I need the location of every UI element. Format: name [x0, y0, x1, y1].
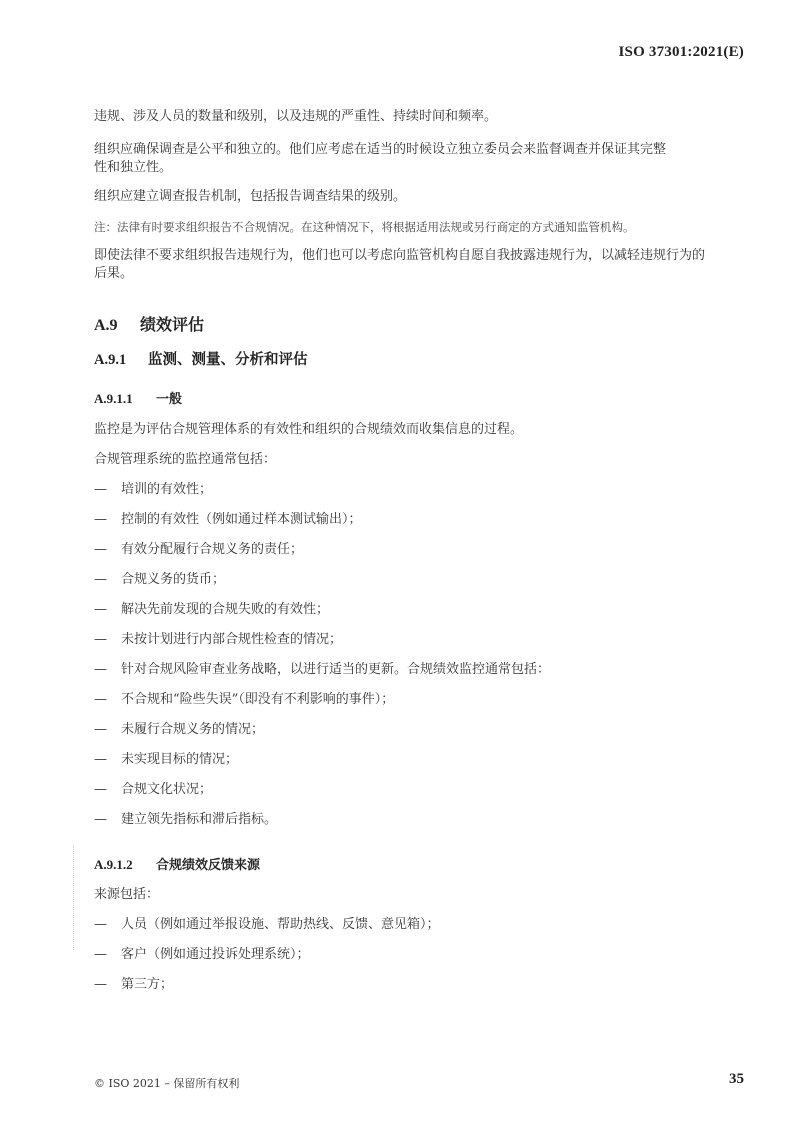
paragraph-monitoring-list-intro: 合规管理系统的监控通常包括： [94, 451, 788, 469]
list-dash: — [94, 916, 121, 934]
list-item: —合规文化状况； [94, 781, 212, 799]
paragraph-self-disclosure-line2: 后果。 [94, 265, 788, 283]
list-item-text: 解决先前发现的合规失败的有效性； [121, 602, 329, 617]
heading-title: 绩效评估 [140, 315, 204, 334]
list-item-text: 有效分配履行合规义务的责任； [121, 542, 303, 557]
list-item-text: 合规文化状况； [121, 782, 212, 797]
list-dash: — [94, 631, 121, 649]
list-item: —未实现目标的情况； [94, 751, 238, 769]
heading-a9: A.9绩效评估 [94, 312, 204, 335]
list-item: —有效分配履行合规义务的责任； [94, 541, 303, 559]
heading-title: 监测、测量、分析和评估 [148, 351, 308, 368]
heading-title: 一般 [156, 392, 182, 407]
list-item-text: 人员（例如通过举报设施、帮助热线、反馈、意见箱）； [121, 917, 440, 932]
list-dash: — [94, 571, 121, 589]
list-dash: — [94, 721, 121, 739]
heading-number: A.9.1 [94, 352, 148, 369]
list-item: —未履行合规义务的情况； [94, 721, 264, 739]
margin-change-bar [73, 845, 74, 950]
document-standard-id: ISO 37301:2021(E) [619, 44, 745, 61]
heading-number: A.9.1.2 [94, 857, 156, 873]
paragraph-sources-intro: 来源包括： [94, 886, 788, 904]
list-item: —控制的有效性（例如通过样本测试输出）； [94, 511, 362, 529]
list-item-text: 合规义务的货币； [121, 572, 225, 587]
list-dash: — [94, 511, 121, 529]
list-item: —解决先前发现的合规失败的有效性； [94, 601, 329, 619]
list-dash: — [94, 691, 121, 709]
list-item: —针对合规风险审查业务战略，以进行适当的更新。合规绩效监控通常包括： [94, 661, 550, 679]
list-item: —第三方； [94, 976, 173, 994]
list-item: —建立领先指标和滞后指标。 [94, 811, 277, 829]
list-item-text: 建立领先指标和滞后指标。 [121, 812, 277, 827]
list-dash: — [94, 811, 121, 829]
list-item-text: 未按计划进行内部合规性检查的情况； [121, 632, 342, 647]
paragraph-fair-investigation-line1: 组织应确保调查是公平和独立的。他们应考虑在适当的时候设立独立委员会来监督调查并保… [94, 141, 788, 159]
list-dash: — [94, 601, 121, 619]
list-item: —培训的有效性； [94, 481, 212, 499]
list-dash: — [94, 481, 121, 499]
paragraph-violation-details: 违规、涉及人员的数量和级别，以及违规的严重性、持续时间和频率。 [94, 108, 788, 126]
list-dash: — [94, 946, 121, 964]
heading-a9-1: A.9.1监测、测量、分析和评估 [94, 348, 308, 369]
list-item: —未按计划进行内部合规性检查的情况； [94, 631, 342, 649]
list-dash: — [94, 976, 121, 994]
page-number: 35 [729, 1071, 744, 1088]
note-legal-reporting: 注：法律有时要求组织报告不合规情况。在这种情况下，将根据适用法规或另行商定的方式… [94, 218, 788, 236]
list-item-text: 针对合规风险审查业务战略，以进行适当的更新。合规绩效监控通常包括： [121, 662, 550, 677]
heading-number: A.9.1.1 [94, 391, 156, 407]
list-dash: — [94, 781, 121, 799]
list-item: —客户（例如通过投诉处理系统）； [94, 946, 310, 964]
list-item-text: 第三方； [121, 977, 173, 992]
paragraph-self-disclosure-line1: 即使法律不要求组织报告违规行为，他们也可以考虑向监管机构自愿自我披露违规行为，以… [94, 247, 788, 265]
heading-a9-1-1: A.9.1.1一般 [94, 388, 182, 407]
list-dash: — [94, 751, 121, 769]
footer-copyright: © ISO 2021 – 保留所有权利 [94, 1075, 239, 1091]
list-item-text: 未实现目标的情况； [121, 752, 238, 767]
list-item-text: 不合规和“险些失误”（即没有不利影响的事件）； [121, 692, 394, 707]
list-dash: — [94, 541, 121, 559]
list-item: —人员（例如通过举报设施、帮助热线、反馈、意见箱）； [94, 916, 440, 934]
list-item-text: 培训的有效性； [121, 482, 212, 497]
list-item-text: 未履行合规义务的情况； [121, 722, 264, 737]
paragraph-reporting-mechanism: 组织应建立调查报告机制，包括报告调查结果的级别。 [94, 188, 788, 206]
heading-number: A.9 [94, 317, 140, 335]
list-item: —不合规和“险些失误”（即没有不利影响的事件）； [94, 691, 394, 709]
paragraph-fair-investigation-line2: 性和独立性。 [94, 159, 788, 177]
list-item-text: 控制的有效性（例如通过样本测试输出）； [121, 512, 362, 527]
list-item: —合规义务的货币； [94, 571, 225, 589]
list-item-text: 客户（例如通过投诉处理系统）； [121, 947, 310, 962]
heading-a9-1-2: A.9.1.2合规绩效反馈来源 [94, 854, 260, 873]
heading-title: 合规绩效反馈来源 [156, 858, 260, 873]
list-dash: — [94, 661, 121, 679]
paragraph-monitoring-definition: 监控是为评估合规管理体系的有效性和组织的合规绩效而收集信息的过程。 [94, 421, 788, 439]
